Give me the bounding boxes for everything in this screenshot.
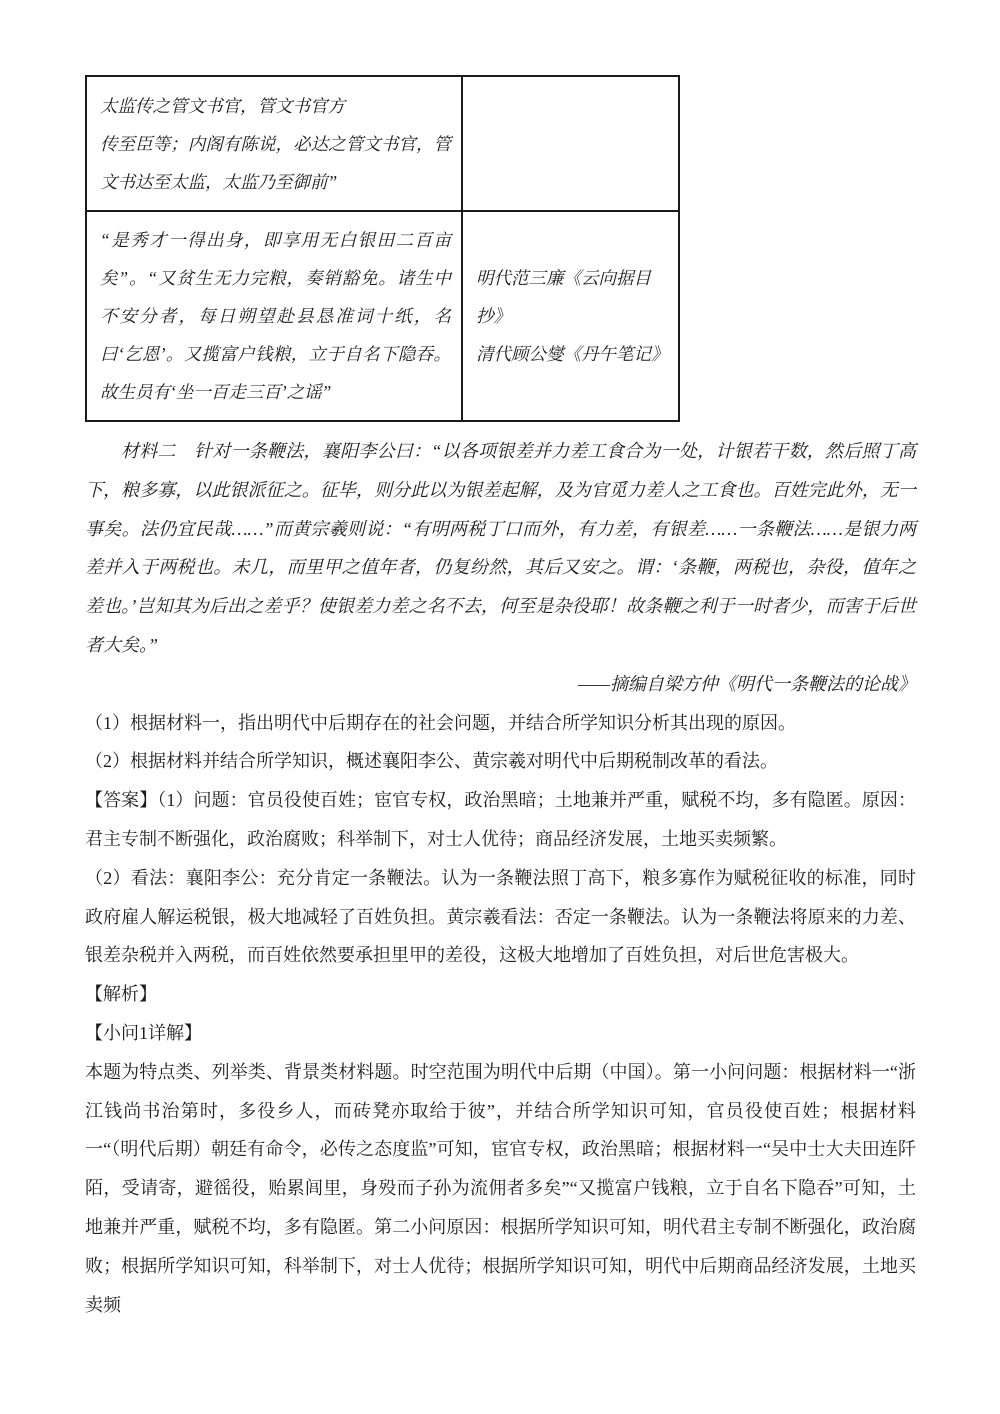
material-two-paragraph: 材料二 针对一条鞭法，襄阳李公曰：“以各项银差并力差工食合为一处，计银若干数，然… [85,432,916,665]
materials-table: 太监传之管文书官，管文书官方 传至臣等；内阁有陈说，必达之管文书官，管文书达至太… [85,75,680,422]
answer-section-part2: （2）看法：襄阳李公：充分肯定一条鞭法。认为一条鞭法照丁高下，粮多寡作为赋税征收… [85,859,916,975]
table-row: 太监传之管文书官，管文书官方 传至臣等；内阁有陈说，必达之管文书官，管文书达至太… [86,76,679,211]
material-source-cell [462,76,679,211]
source-attribution: ——摘编自梁方仲《明代一条鞭法的论战》 [85,665,916,704]
answer-section-part1: 【答案】（1）问题：官员役使百姓；宦官专权，政治黑暗；土地兼并严重，赋税不均，多… [85,781,916,859]
analysis-body: 本题为特点类、列举类、背景类材料题。时空范围为明代中后期（中国）。第一小问问题：… [85,1053,916,1325]
table-row: “是秀才一得出身，即享用无白银田二百亩矣”。“又贫生无力完粮，奏销豁免。诸生中不… [86,211,679,421]
question-2: （2）根据材料并结合所学知识，概述襄阳李公、黄宗羲对明代中后期税制改革的看法。 [85,742,916,781]
document-page: 太监传之管文书官，管文书官方 传至臣等；内阁有陈说，必达之管文书官，管文书达至太… [0,0,1000,1414]
material-source-cell: 明代范三廉《云向据目抄》 清代顾公燮《丹午笔记》 [462,211,679,421]
material-quote-cell: “是秀才一得出身，即享用无白银田二百亩矣”。“又贫生无力完粮，奏销豁免。诸生中不… [86,211,462,421]
material-quote-cell: 太监传之管文书官，管文书官方 传至臣等；内阁有陈说，必达之管文书官，管文书达至太… [86,76,462,211]
question-1: （1）根据材料一，指出明代中后期存在的社会问题，并结合所学知识分析其出现的原因。 [85,704,916,743]
sub-question-1-label: 【小问1详解】 [85,1014,916,1053]
analysis-label: 【解析】 [85,975,916,1014]
